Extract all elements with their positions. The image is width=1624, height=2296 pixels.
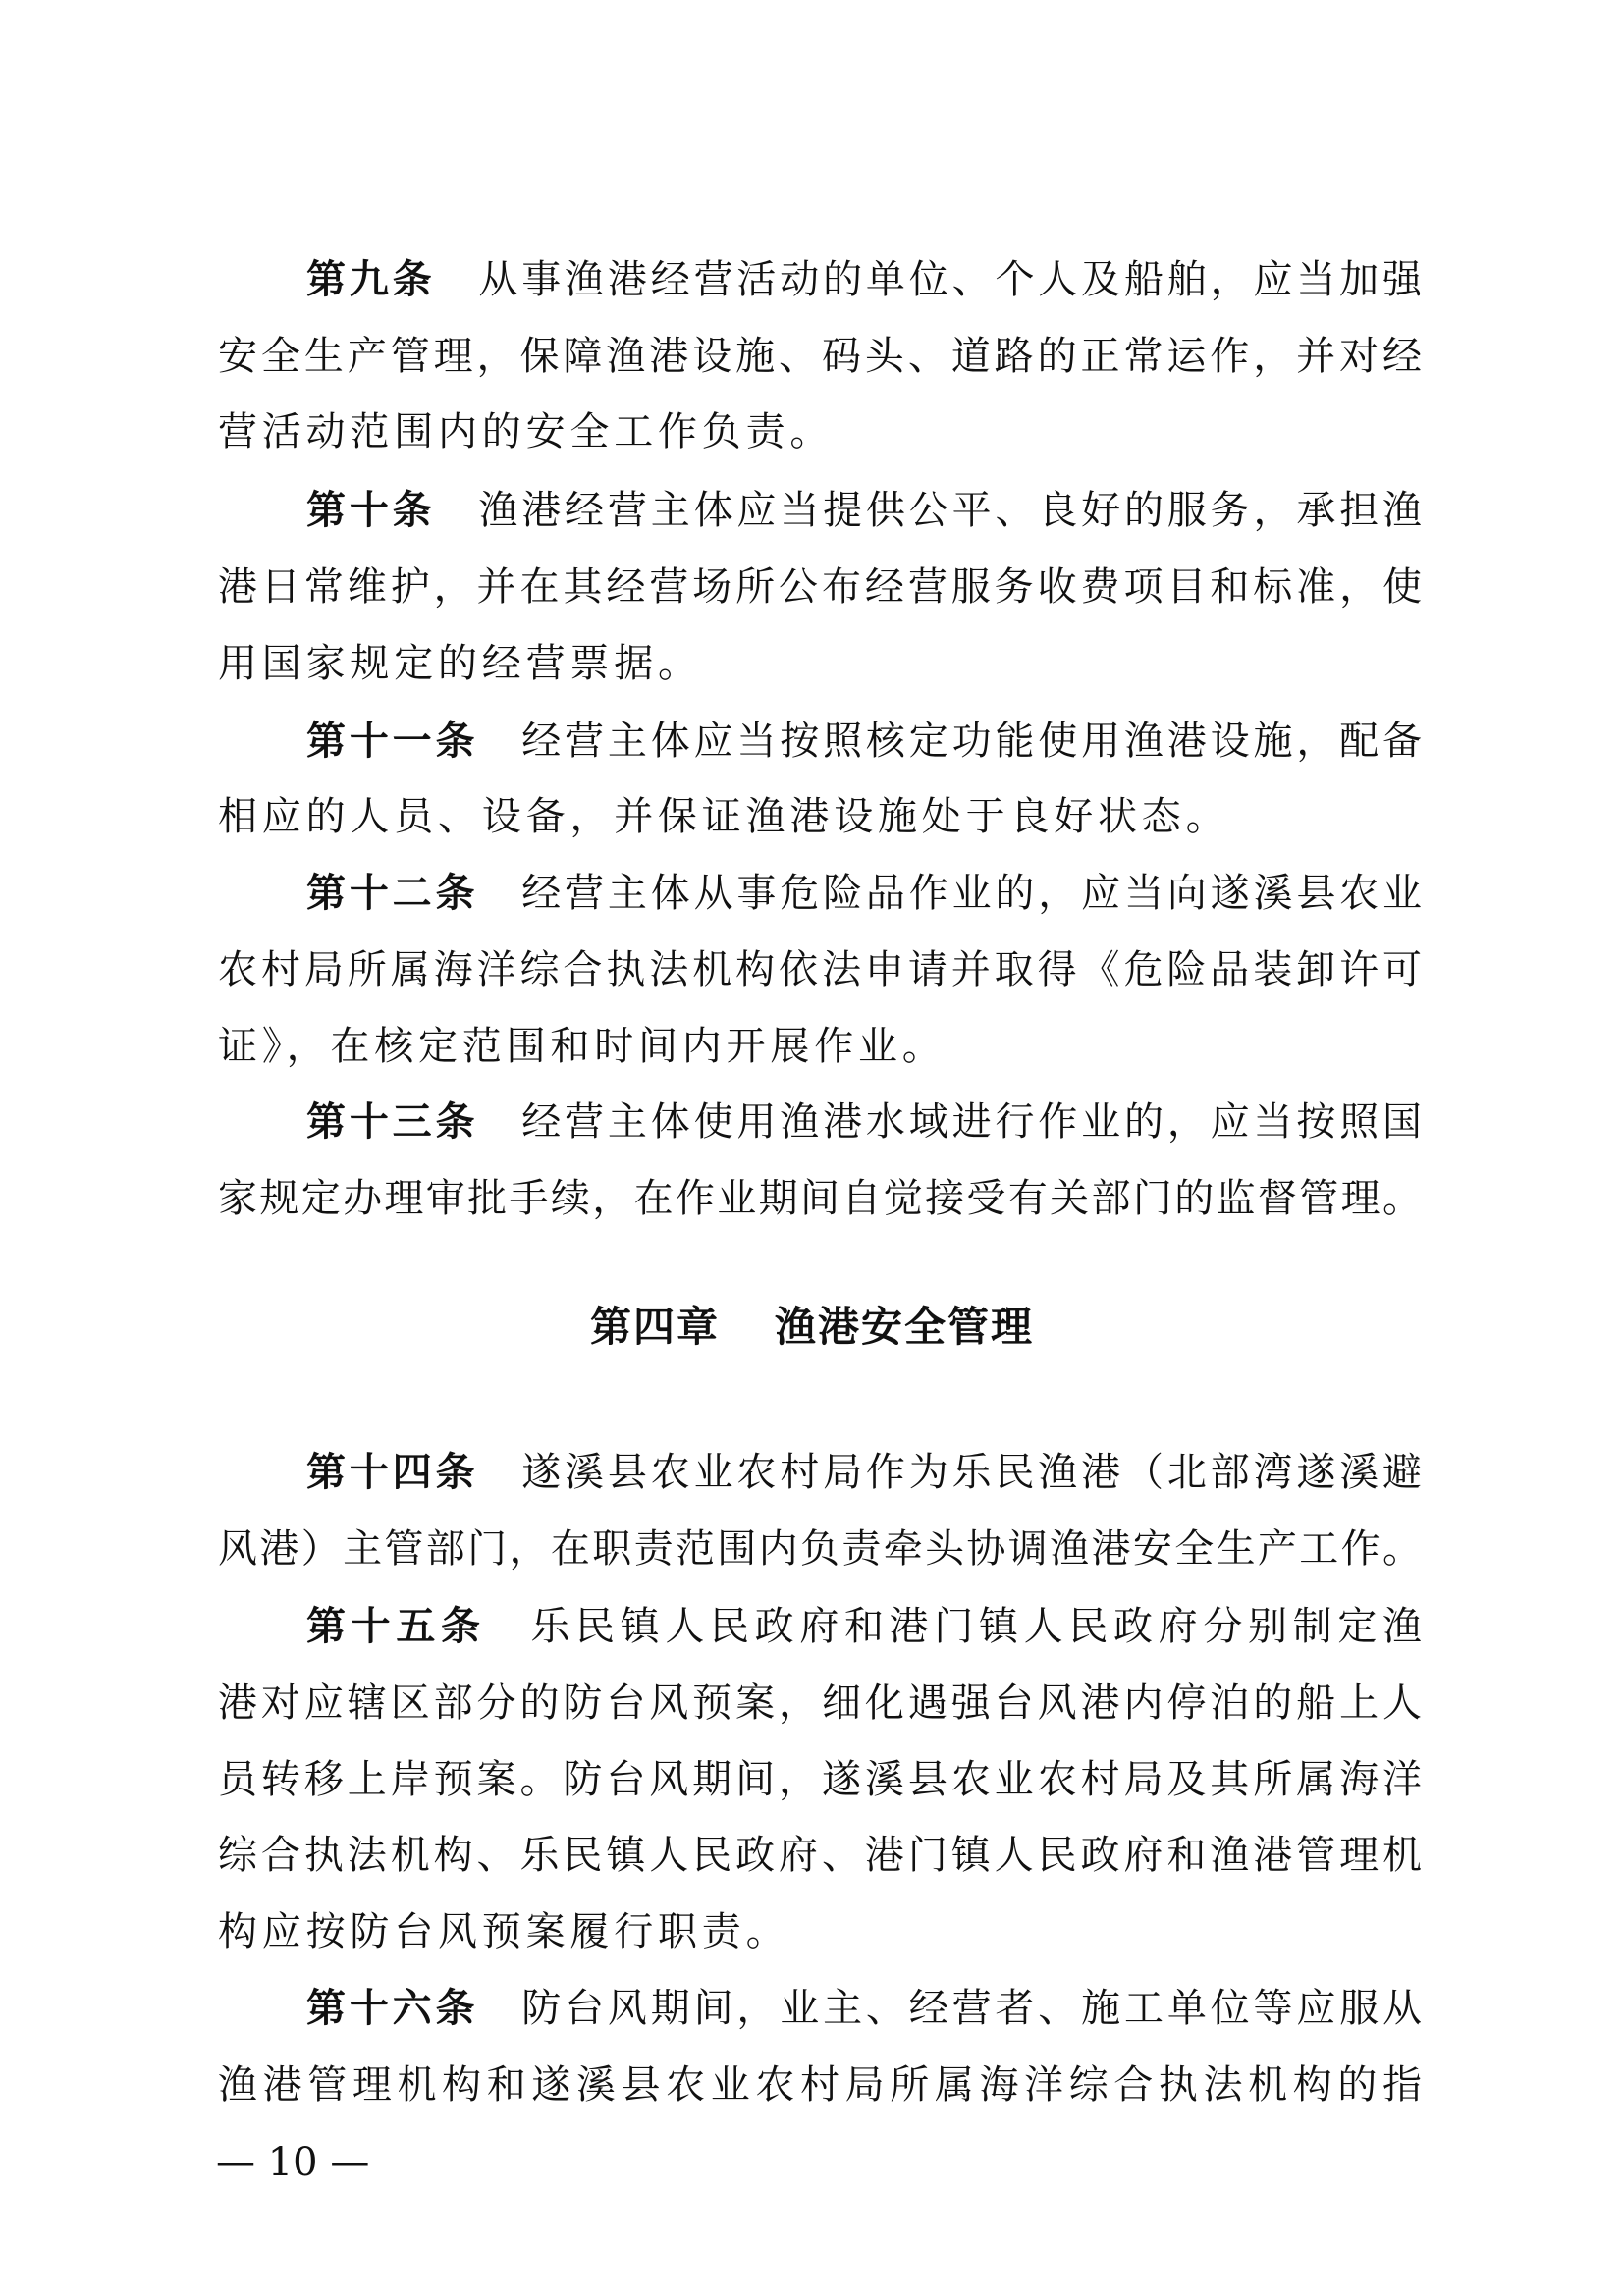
article-11-line-1: 第十一条经营主体应当按照核定功能使用渔港设施，配备 [306, 714, 1422, 769]
article-12-line-3: 证》，在核定范围和时间内开展作业。 [218, 1019, 1422, 1074]
article-9-line-1: 第九条从事渔港经营活动的单位、个人及船舶，应当加强 [306, 252, 1422, 307]
chapter-number: 第四章 [590, 1303, 720, 1351]
article-12-line-2: 农村局所属海洋综合执法机构依法申请并取得《危险品装卸许可 [218, 942, 1422, 997]
article-16-text-1: 防台风期间，业主、经营者、施工单位等应服从 [517, 1986, 1422, 2031]
article-13-text-1: 经营主体使用渔港水域进行作业的，应当按照国 [517, 1099, 1422, 1145]
article-15-line-4: 综合执法机构、乐民镇人民政府、港门镇人民政府和渔港管理机 [218, 1828, 1422, 1883]
article-10-line-3: 用国家规定的经营票据。 [218, 636, 1422, 691]
document-page: 第九条从事渔港经营活动的单位、个人及船舶，应当加强 安全生产管理，保障渔港设施、… [0, 0, 1624, 2296]
article-13-line-1: 第十三条经营主体使用渔港水域进行作业的，应当按照国 [306, 1095, 1422, 1149]
article-16-line-1: 第十六条防台风期间，业主、经营者、施工单位等应服从 [306, 1981, 1422, 2036]
article-9-line-3: 营活动范围内的安全工作负责。 [218, 404, 1422, 459]
page-number: — 10 — [216, 2138, 369, 2187]
article-11-text-1: 经营主体应当按照核定功能使用渔港设施，配备 [517, 719, 1422, 764]
article-15-line-2: 港对应辖区部分的防台风预案，细化遇强台风港内停泊的船上人 [218, 1676, 1422, 1731]
article-13-heading: 第十三条 [306, 1099, 478, 1145]
article-14-text-1: 遂溪县农业农村局作为乐民渔港（北部湾遂溪避 [517, 1450, 1422, 1495]
article-10-line-2: 港日常维护，并在其经营场所公布经营服务收费项目和标准，使 [218, 560, 1422, 614]
article-14-heading: 第十四条 [306, 1450, 478, 1495]
article-9-heading: 第九条 [306, 257, 436, 302]
article-15-text-1: 乐民镇人民政府和港门镇人民政府分别制定渔 [525, 1604, 1422, 1649]
article-10-text-1: 渔港经营主体应当提供公平、良好的服务，承担渔 [475, 488, 1422, 533]
article-14-line-2: 风港）主管部门，在职责范围内负责牵头协调渔港安全生产工作。 [218, 1522, 1422, 1576]
chapter-title: 渔港安全管理 [775, 1303, 1034, 1351]
article-9-line-2: 安全生产管理，保障渔港设施、码头、道路的正常运作，并对经 [218, 329, 1422, 384]
article-12-heading: 第十二条 [306, 871, 478, 916]
article-15-line-1: 第十五条乐民镇人民政府和港门镇人民政府分别制定渔 [306, 1599, 1422, 1654]
article-15-heading: 第十五条 [306, 1604, 486, 1649]
article-15-line-3: 员转移上岸预案。防台风期间，遂溪县农业农村局及其所属海洋 [218, 1752, 1422, 1807]
article-11-heading: 第十一条 [306, 719, 478, 764]
article-11-line-2: 相应的人员、设备，并保证渔港设施处于良好状态。 [218, 789, 1422, 844]
article-16-heading: 第十六条 [306, 1986, 478, 2031]
chapter-heading: 第四章渔港安全管理 [0, 1300, 1624, 1355]
article-12-text-1: 经营主体从事危险品作业的，应当向遂溪县农业 [517, 871, 1422, 916]
article-14-line-1: 第十四条遂溪县农业农村局作为乐民渔港（北部湾遂溪避 [306, 1445, 1422, 1500]
article-12-line-1: 第十二条经营主体从事危险品作业的，应当向遂溪县农业 [306, 866, 1422, 921]
article-10-line-1: 第十条渔港经营主体应当提供公平、良好的服务，承担渔 [306, 483, 1422, 538]
article-10-heading: 第十条 [306, 488, 436, 533]
article-15-line-5: 构应按防台风预案履行职责。 [218, 1904, 1422, 1959]
article-9-text-1: 从事渔港经营活动的单位、个人及船舶，应当加强 [475, 257, 1422, 302]
article-16-line-2: 渔港管理机构和遂溪县农业农村局所属海洋综合执法机构的指 [218, 2057, 1422, 2112]
article-13-line-2: 家规定办理审批手续，在作业期间自觉接受有关部门的监督管理。 [218, 1171, 1422, 1226]
